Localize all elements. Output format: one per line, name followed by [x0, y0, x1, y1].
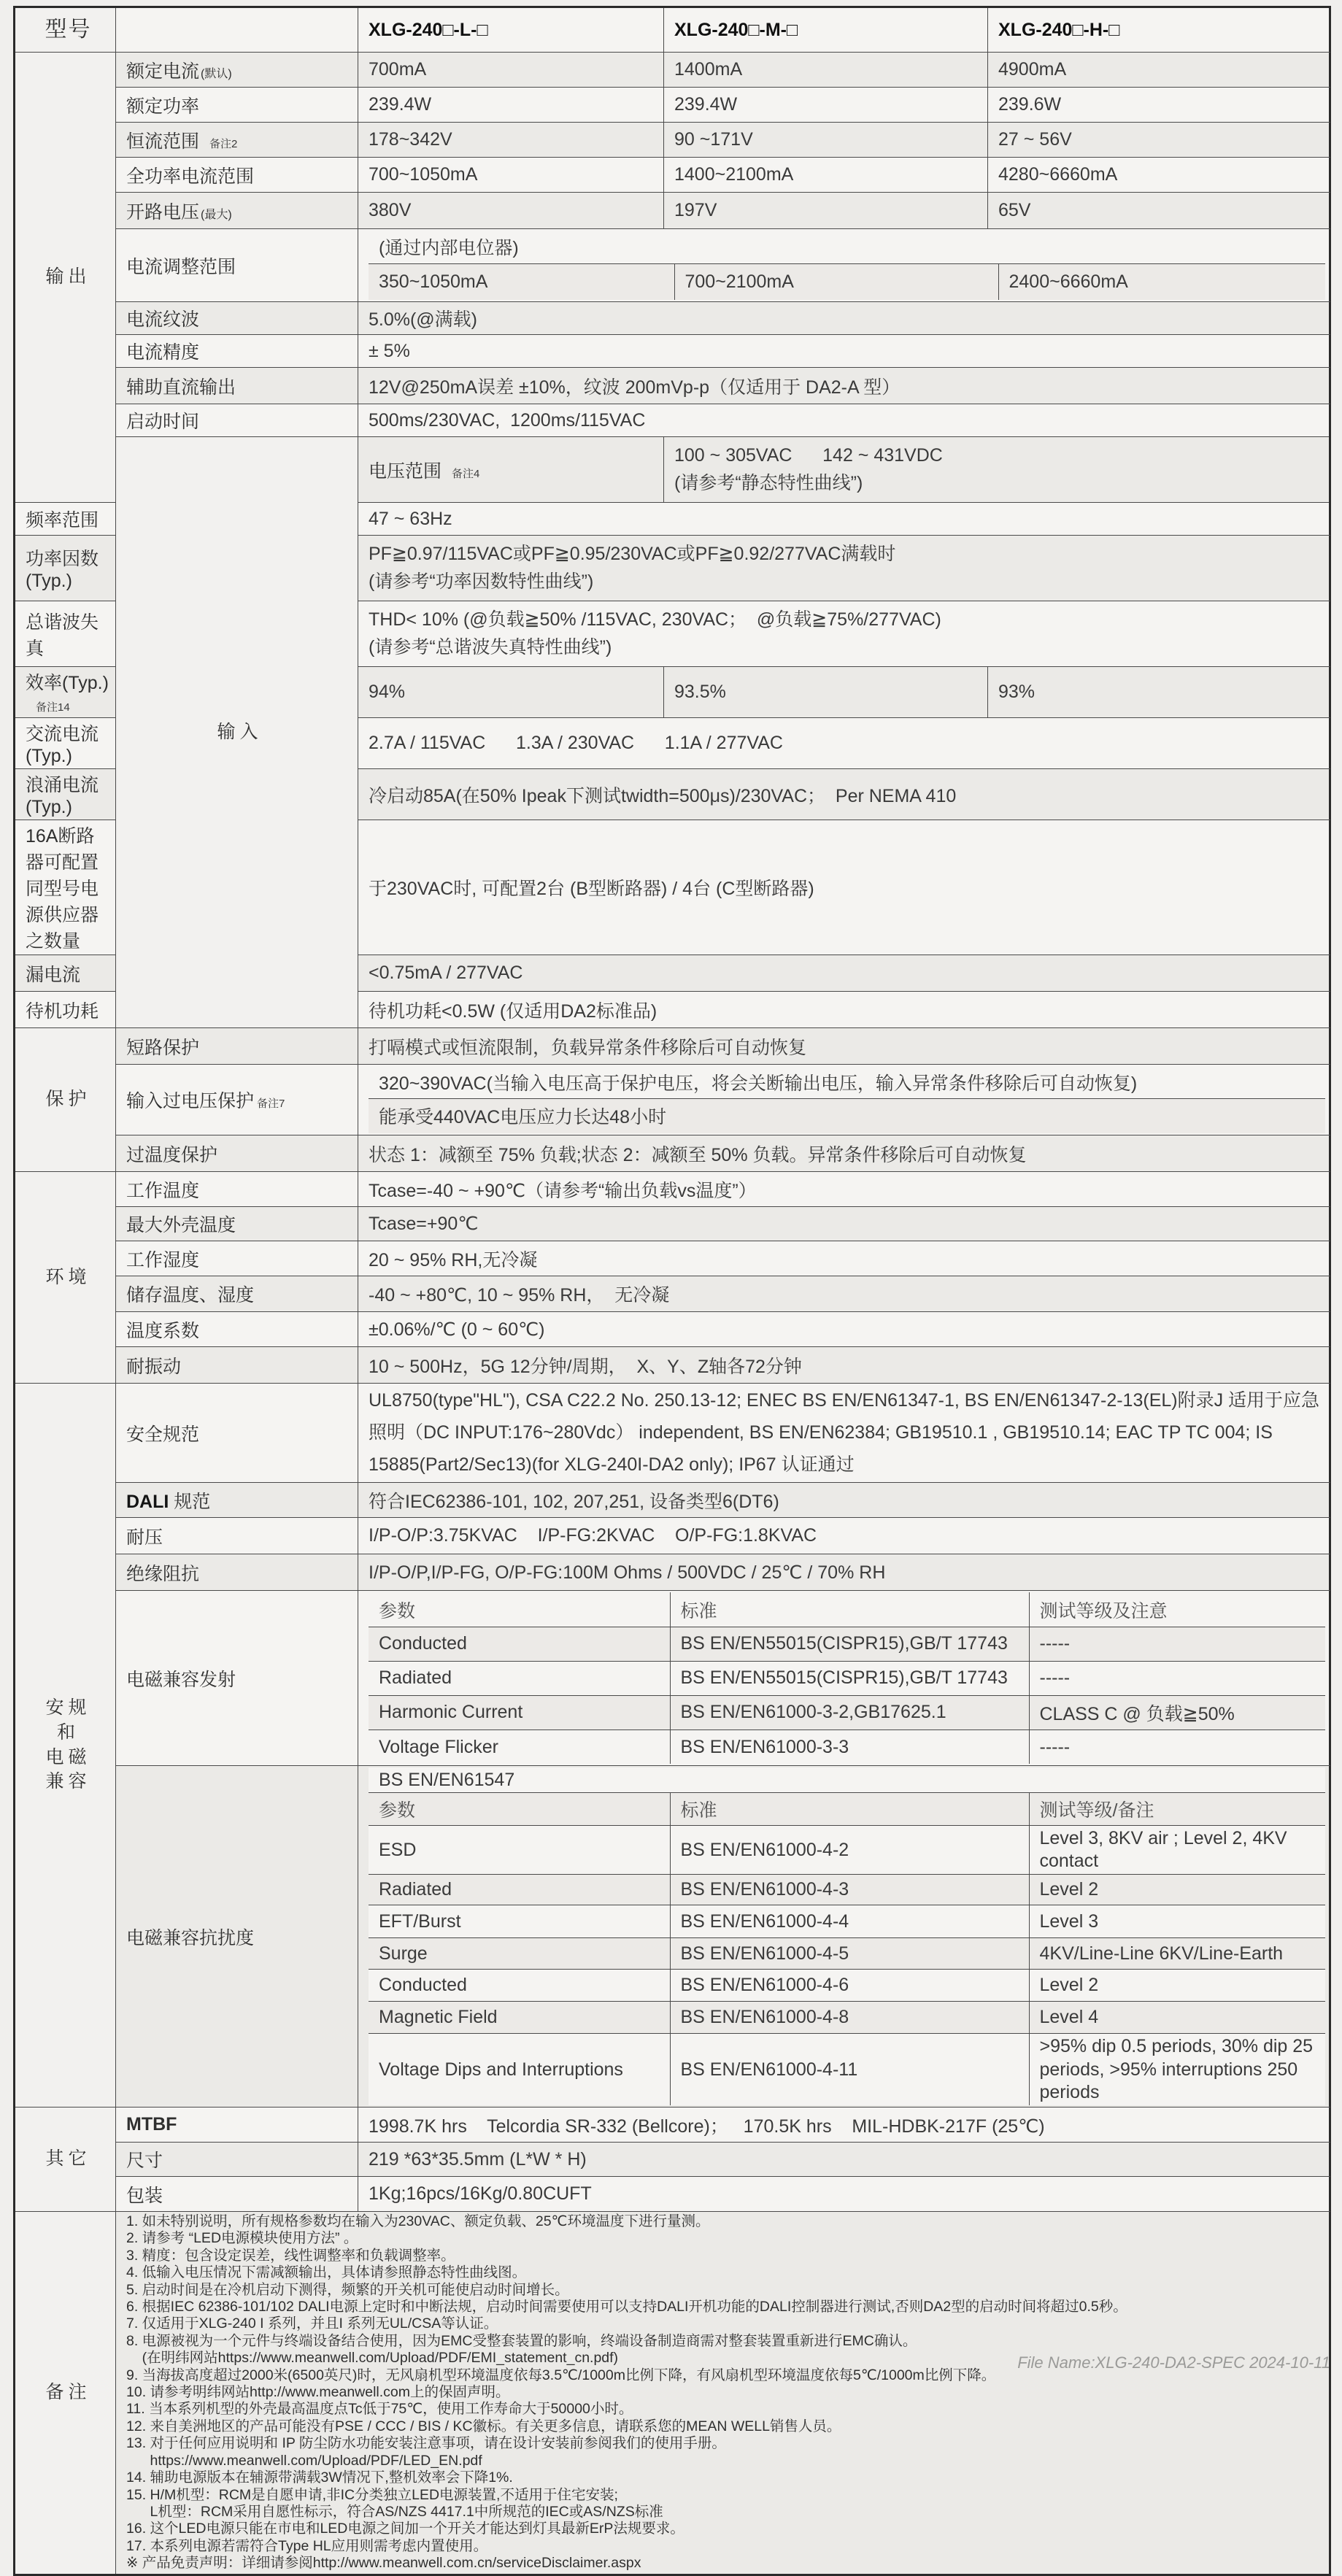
header-row: 型号 XLG-240□-L-□ XLG-240□-M-□ XLG-240□-H-… — [15, 7, 1330, 53]
param-cell: Conducted — [369, 1627, 670, 1661]
value-cell: <0.75mA / 277VAC — [358, 955, 1330, 992]
file-name-footer: File Name:XLG-240-DA2-SPEC 2024-10-11 — [1017, 2353, 1330, 2372]
value-cell: 能承受440VAC电压应力长达48小时 — [369, 1098, 1325, 1133]
param-cell: Magnetic Field — [369, 2002, 670, 2034]
value-cell: 状态 1：减额至 75% 负载;状态 2：减额至 50% 负载。异常条件移除后可… — [358, 1135, 1330, 1172]
value-cell: UL8750(type"HL"), CSA C22.2 No. 250.13-1… — [358, 1384, 1330, 1483]
value-cell: 待机功耗<0.5W (仅适用DA2标准品) — [358, 992, 1330, 1028]
note-line: 12. 来自美洲地区的产品可能没有PSE / CCC / BIS / KC徽标。… — [126, 2418, 1325, 2435]
value-cell: 4280~6660mA — [988, 158, 1330, 193]
row-note: 备注4 — [452, 468, 479, 480]
row-label: 待机功耗 — [15, 992, 116, 1028]
section-label-environment: 环境 — [15, 1172, 116, 1384]
spec-row: DALI 规范 符合IEC62386-101, 102, 207,251, 设备… — [15, 1483, 1330, 1518]
notes-cell: 1. 如未特别说明，所有规格参数均在输入为230VAC、额定负载、25℃环境温度… — [116, 2212, 1330, 2575]
note-line: 6. 根据IEC 62386-101/102 DALI电源上定时和中断法规，启动… — [126, 2299, 1325, 2315]
ovp-cell: 320~390VAC(当输入电压高于保护电压，将会关断输出电压，输入异常条件移除… — [358, 1065, 1330, 1135]
param-cell: ESD — [369, 1825, 670, 1875]
spec-row: 最大外壳温度 Tcase=+90℃ — [15, 1207, 1330, 1241]
row-label: 尺寸 — [116, 2143, 358, 2177]
standard-cell: BS EN/EN61000-4-2 — [670, 1825, 1029, 1875]
column-header: 标准 — [670, 1592, 1029, 1627]
row-label: 频率范围 — [15, 503, 116, 536]
row-label: 绝缘阻抗 — [116, 1554, 358, 1591]
section-label-output: 输出 — [15, 53, 116, 503]
spec-row: 电流纹波 5.0%(@满载) — [15, 302, 1330, 335]
level-cell: ----- — [1029, 1729, 1325, 1764]
value-cell: 178~342V — [358, 123, 664, 158]
row-label: 电压范围备注4 — [358, 437, 664, 503]
level-cell: Level 3 — [1029, 1905, 1325, 1938]
spec-row: 温度系数 ±0.06%/℃ (0 ~ 60℃) — [15, 1312, 1330, 1347]
notes-row: 备注 1. 如未特别说明，所有规格参数均在输入为230VAC、额定负载、25℃环… — [15, 2212, 1330, 2575]
value-cell: THD< 10% (@负载≧50% /115VAC, 230VAC； @负载≧7… — [358, 601, 1330, 667]
value-cell: 239.6W — [988, 88, 1330, 123]
value-cell: 65V — [988, 193, 1330, 229]
spec-table: 型号 XLG-240□-L-□ XLG-240□-M-□ XLG-240□-H-… — [13, 6, 1331, 2576]
note-line: 8. 电源被视为一个元件与终端设备结合使用，因为EMC受整套装置的影响，终端设备… — [126, 2333, 1325, 2350]
row-label: 电磁兼容发射 — [116, 1591, 358, 1766]
standard-cell: BS EN/EN61000-4-3 — [670, 1875, 1029, 1905]
level-cell: Level 3, 8KV air ; Level 2, 4KV contact — [1029, 1825, 1325, 1875]
value-cell: 打嗝模式或恒流限制，负载异常条件移除后可自动恢复 — [358, 1028, 1330, 1065]
standard-cell: BS EN/EN55015(CISPR15),GB/T 17743 — [670, 1627, 1029, 1661]
spec-row: 全功率电流范围 700~1050mA 1400~2100mA 4280~6660… — [15, 158, 1330, 193]
spec-row: 过温度保护 状态 1：减额至 75% 负载;状态 2：减额至 50% 负载。异常… — [15, 1135, 1330, 1172]
value-cell: 100 ~ 305VAC 142 ~ 431VDC(请参考“静态特性曲线”) — [664, 437, 1330, 503]
value-cell: 320~390VAC(当输入电压高于保护电压，将会关断输出电压，输入异常条件移除… — [369, 1066, 1325, 1098]
spec-row: 输出 额定电流(默认) 700mA 1400mA 4900mA — [15, 53, 1330, 88]
row-label: 电磁兼容抗扰度 — [116, 1766, 358, 2108]
empty-cell — [116, 7, 358, 53]
row-label: 漏电流 — [15, 955, 116, 992]
spec-row: 耐压 I/P-O/P:3.75KVAC I/P-FG:2KVAC O/P-FG:… — [15, 1518, 1330, 1554]
value-cell: 10 ~ 500Hz，5G 12分钟/周期， X、Y、Z轴各72分钟 — [358, 1347, 1330, 1384]
immunity-cell: BS EN/EN61547 参数 标准 测试等级/备注 ESD BS EN/EN… — [358, 1766, 1330, 2108]
ovp-subtable: 320~390VAC(当输入电压高于保护电压，将会关断输出电压，输入异常条件移除… — [369, 1066, 1325, 1133]
row-label: 过温度保护 — [116, 1135, 358, 1172]
level-cell: ----- — [1029, 1627, 1325, 1661]
level-cell: Level 2 — [1029, 1970, 1325, 2002]
row-label: 电流纹波 — [116, 302, 358, 335]
spec-sheet: 型号 XLG-240□-L-□ XLG-240□-M-□ XLG-240□-H-… — [13, 6, 1329, 2576]
spec-row: 输入过电压保护备注7 320~390VAC(当输入电压高于保护电压，将会关断输出… — [15, 1065, 1330, 1135]
column-header: 参数 — [369, 1592, 670, 1627]
row-label: 功率因数(Typ.) — [15, 536, 116, 601]
spec-row: 额定功率 239.4W 239.4W 239.6W — [15, 88, 1330, 123]
param-cell: Voltage Flicker — [369, 1729, 670, 1764]
row-label: 交流电流(Typ.) — [15, 718, 116, 769]
row-label: MTBF — [116, 2108, 358, 2143]
value-cell: 2.7A / 115VAC 1.3A / 230VAC 1.1A / 277VA… — [358, 718, 1330, 769]
param-cell: Radiated — [369, 1661, 670, 1695]
row-label: 电流精度 — [116, 335, 358, 368]
spec-row: 环境 工作温度 Tcase=-40 ~ +90℃（请参考“输出负载vs温度”） — [15, 1172, 1330, 1207]
note-line: 14. 辅助电源版本在辅源带满载3W情况下,整机效率会下降1%. — [126, 2469, 1325, 2486]
spec-row: 开路电压(最大) 380V 197V 65V — [15, 193, 1330, 229]
spec-row: 绝缘阻抗 I/P-O/P,I/P-FG, O/P-FG:100M Ohms / … — [15, 1554, 1330, 1591]
value-cell: 197V — [664, 193, 988, 229]
standard-cell: BS EN/EN55015(CISPR15),GB/T 17743 — [670, 1661, 1029, 1695]
value-cell: 1998.7K hrs Telcordia SR-332 (Bellcore)；… — [358, 2108, 1330, 2143]
param-cell: Surge — [369, 1938, 670, 1970]
spec-row: 电流调整范围 (通过内部电位器) 350~1050mA 700~2100mA 2… — [15, 229, 1330, 302]
spec-row: 电磁兼容抗扰度 BS EN/EN61547 参数 标准 测试等级/备注 ESD … — [15, 1766, 1330, 2108]
row-label: 启动时间 — [116, 404, 358, 437]
value-cell: 47 ~ 63Hz — [358, 503, 1330, 536]
level-cell: CLASS C @ 负载≧50% — [1029, 1695, 1325, 1729]
row-label: 短路保护 — [116, 1028, 358, 1065]
standard-cell: BS EN/EN61000-4-6 — [670, 1970, 1029, 2002]
note-line: L机型：RCM采用自愿性标示，符合AS/NZS 4417.1中所规范的IEC或A… — [126, 2504, 1325, 2521]
immunity-standard-header: BS EN/EN61547 — [369, 1767, 1325, 1792]
value-cell: 2400~6660mA — [998, 263, 1325, 300]
value-cell: 239.4W — [358, 88, 664, 123]
row-label: 最大外壳温度 — [116, 1207, 358, 1241]
row-label: 额定电流(默认) — [116, 53, 358, 88]
row-label: 耐振动 — [116, 1347, 358, 1384]
standard-cell: BS EN/EN61000-4-11 — [670, 2034, 1029, 2105]
value-cell: 于230VAC时, 可配置2台 (B型断路器) / 4台 (C型断路器) — [358, 820, 1330, 955]
level-cell: 4KV/Line-Line 6KV/Line-Earth — [1029, 1938, 1325, 1970]
note-line: 13. 对于任何应用说明和 IP 防尘防水功能安装注意事项，请在设计安装前参阅我… — [126, 2435, 1325, 2452]
value-cell: -40 ~ +80℃, 10 ~ 95% RH， 无冷凝 — [358, 1276, 1330, 1312]
emission-cell: 参数 标准 测试等级及注意 Conducted BS EN/EN55015(CI… — [358, 1591, 1330, 1766]
row-label: 全功率电流范围 — [116, 158, 358, 193]
spec-row: 耐振动 10 ~ 500Hz，5G 12分钟/周期， X、Y、Z轴各72分钟 — [15, 1347, 1330, 1384]
column-header: 标准 — [670, 1792, 1029, 1825]
section-label-input: 输入 — [116, 437, 358, 1028]
value-cell: 符合IEC62386-101, 102, 207,251, 设备类型6(DT6) — [358, 1483, 1330, 1518]
value-cell: 4900mA — [988, 53, 1330, 88]
value-cell: I/P-O/P:3.75KVAC I/P-FG:2KVAC O/P-FG:1.8… — [358, 1518, 1330, 1554]
standard-cell: BS EN/EN61000-3-3 — [670, 1729, 1029, 1764]
standard-cell: BS EN/EN61000-3-2,GB17625.1 — [670, 1695, 1029, 1729]
note-line: 1. 如未特别说明，所有规格参数均在输入为230VAC、额定负载、25℃环境温度… — [126, 2213, 1325, 2230]
spec-row: 工作湿度 20 ~ 95% RH,无冷凝 — [15, 1241, 1330, 1276]
model-name-l: XLG-240□-L-□ — [358, 7, 664, 53]
value-cell: 700~1050mA — [358, 158, 664, 193]
spec-row: 包装 1Kg;16pcs/16Kg/0.80CUFT — [15, 2177, 1330, 2212]
value-cell: 93.5% — [664, 667, 988, 718]
spec-row: 储存温度、湿度 -40 ~ +80℃, 10 ~ 95% RH， 无冷凝 — [15, 1276, 1330, 1312]
row-label: 工作温度 — [116, 1172, 358, 1207]
value-cell: 380V — [358, 193, 664, 229]
current-adjust-subtable: (通过内部电位器) 350~1050mA 700~2100mA 2400~666… — [369, 231, 1325, 300]
note-line: 4. 低输入电压情况下需减额输出，具体请参照静态特性曲线图。 — [126, 2264, 1325, 2281]
page: { "hdr": { "model_label": "型号", "models"… — [0, 0, 1342, 2407]
column-header: 测试等级及注意 — [1029, 1592, 1325, 1627]
spec-row: 安规和电磁兼容 安全规范 UL8750(type"HL"), CSA C22.2… — [15, 1384, 1330, 1483]
param-cell: Conducted — [369, 1970, 670, 2002]
row-label: 总谐波失真 — [15, 601, 116, 667]
row-label: 恒流范围备注2 — [116, 123, 358, 158]
row-label: 包装 — [116, 2177, 358, 2212]
section-label-others: 其它 — [15, 2108, 116, 2212]
note-line: ※ 产品免责声明：详细请参阅http://www.meanwell.com.cn… — [126, 2555, 1325, 2572]
value-cell: PF≧0.97/115VAC或PF≧0.95/230VAC或PF≧0.92/27… — [358, 536, 1330, 601]
value-cell: 27 ~ 56V — [988, 123, 1330, 158]
row-label: 额定功率 — [116, 88, 358, 123]
note-line: 15. H/M机型：RCM是自愿申请,非IC分类独立LED电源装置,不适用于住宅… — [126, 2487, 1325, 2504]
value-cell: 1400mA — [664, 53, 988, 88]
row-note: 备注2 — [209, 138, 237, 150]
row-label: 辅助直流输出 — [116, 368, 358, 404]
spec-row: 电流精度 ± 5% — [15, 335, 1330, 368]
spec-row: 电磁兼容发射 参数 标准 测试等级及注意 Conducted BS EN/EN5… — [15, 1591, 1330, 1766]
standard-cell: BS EN/EN61000-4-8 — [670, 2002, 1029, 2034]
row-note: 备注7 — [257, 1098, 285, 1110]
level-cell: Level 4 — [1029, 2002, 1325, 2034]
value-cell: 700mA — [358, 53, 664, 88]
value-cell: ±0.06%/℃ (0 ~ 60℃) — [358, 1312, 1330, 1347]
note-line: 2. 请参考 “LED电源模块使用方法” 。 — [126, 2230, 1325, 2247]
row-label: 安全规范 — [116, 1384, 358, 1483]
standard-cell: BS EN/EN61000-4-4 — [670, 1905, 1029, 1938]
param-cell: Radiated — [369, 1875, 670, 1905]
note-line: 16. 这个LED电源只能在市电和LED电源之间加一个开关才能达到灯具最新ErP… — [126, 2521, 1325, 2537]
row-label: 储存温度、湿度 — [116, 1276, 358, 1312]
row-label: 开路电压(最大) — [116, 193, 358, 229]
row-note: 备注14 — [36, 701, 70, 714]
note-line: 11. 当本系列机型的外壳最高温度点Tc低于75℃，使用工作寿命大于50000小… — [126, 2401, 1325, 2418]
spec-row: 输入 电压范围备注4 100 ~ 305VAC 142 ~ 431VDC(请参考… — [15, 437, 1330, 503]
note-line: 5. 启动时间是在冷机启动下测得，频繁的开关机可能使启动时间增长。 — [126, 2282, 1325, 2299]
value-cell: 93% — [988, 667, 1330, 718]
row-label: 16A断路器可配置同型号电源供应器之数量 — [15, 820, 116, 955]
emission-subtable: 参数 标准 测试等级及注意 Conducted BS EN/EN55015(CI… — [369, 1592, 1325, 1764]
param-cell: Harmonic Current — [369, 1695, 670, 1729]
row-note: (最大) — [201, 209, 232, 221]
model-name-m: XLG-240□-M-□ — [664, 7, 988, 53]
value-cell: 1400~2100mA — [664, 158, 988, 193]
column-header: 测试等级/备注 — [1029, 1792, 1325, 1825]
row-label: 工作湿度 — [116, 1241, 358, 1276]
standard-cell: BS EN/EN61000-4-5 — [670, 1938, 1029, 1970]
value-cell: 219 *63*35.5mm (L*W * H) — [358, 2143, 1330, 2177]
value-cell: (通过内部电位器) — [369, 231, 1325, 263]
section-label-protection: 保护 — [15, 1028, 116, 1172]
note-line: 7. 仅适用于XLG-240 I 系列，并且I 系列无UL/CSA等认证。 — [126, 2315, 1325, 2332]
value-cell: 冷启动85A(在50% Ipeak下测试twidth=500μs)/230VAC… — [358, 769, 1330, 820]
column-header: 参数 — [369, 1792, 670, 1825]
spec-row: 其它 MTBF 1998.7K hrs Telcordia SR-332 (Be… — [15, 2108, 1330, 2143]
spec-row: 保护 短路保护 打嗝模式或恒流限制，负载异常条件移除后可自动恢复 — [15, 1028, 1330, 1065]
value-cell: ± 5% — [358, 335, 1330, 368]
value-cell: 20 ~ 95% RH,无冷凝 — [358, 1241, 1330, 1276]
level-cell: ----- — [1029, 1661, 1325, 1695]
row-note: (默认) — [201, 68, 232, 80]
note-line: 3. 精度：包含设定误差，线性调整率和负载调整率。 — [126, 2248, 1325, 2264]
value-cell: 700~2100mA — [674, 263, 998, 300]
param-cell: EFT/Burst — [369, 1905, 670, 1938]
value-cell: 94% — [358, 667, 664, 718]
row-label: 浪涌电流(Typ.) — [15, 769, 116, 820]
row-label: 耐压 — [116, 1518, 358, 1554]
value-cell: 90 ~171V — [664, 123, 988, 158]
note-line: 17. 本系列电源若需符合Type HL应用则需考虑内置使用。 — [126, 2538, 1325, 2555]
current-adjust-cell: (通过内部电位器) 350~1050mA 700~2100mA 2400~666… — [358, 229, 1330, 302]
row-label: 效率(Typ.)备注14 — [15, 667, 116, 718]
spec-row: 辅助直流输出 12V@250mA误差 ±10%，纹波 200mVp-p（仅适用于… — [15, 368, 1330, 404]
section-label-notes: 备注 — [15, 2212, 116, 2575]
row-label: DALI 规范 — [116, 1483, 358, 1518]
row-label: 电流调整范围 — [116, 229, 358, 302]
value-cell: 500ms/230VAC, 1200ms/115VAC — [358, 404, 1330, 437]
level-cell: Level 2 — [1029, 1875, 1325, 1905]
value-cell: 5.0%(@满载) — [358, 302, 1330, 335]
model-name-h: XLG-240□-H-□ — [988, 7, 1330, 53]
section-label-safety-emc: 安规和电磁兼容 — [15, 1384, 116, 2108]
immunity-subtable: BS EN/EN61547 参数 标准 测试等级/备注 ESD BS EN/EN… — [369, 1767, 1325, 2105]
row-label: 输入过电压保护备注7 — [116, 1065, 358, 1135]
note-line: https://www.meanwell.com/Upload/PDF/LED_… — [126, 2453, 1325, 2469]
value-cell: Tcase=-40 ~ +90℃（请参考“输出负载vs温度”） — [358, 1172, 1330, 1207]
param-cell: Voltage Dips and Interruptions — [369, 2034, 670, 2105]
value-cell: 350~1050mA — [369, 263, 674, 300]
value-cell: 1Kg;16pcs/16Kg/0.80CUFT — [358, 2177, 1330, 2212]
spec-row: 恒流范围备注2 178~342V 90 ~171V 27 ~ 56V — [15, 123, 1330, 158]
value-cell: Tcase=+90℃ — [358, 1207, 1330, 1241]
model-header-label: 型号 — [15, 7, 116, 53]
value-cell: I/P-O/P,I/P-FG, O/P-FG:100M Ohms / 500VD… — [358, 1554, 1330, 1591]
value-cell: 12V@250mA误差 ±10%，纹波 200mVp-p（仅适用于 DA2-A … — [358, 368, 1330, 404]
level-cell: >95% dip 0.5 periods, 30% dip 25 periods… — [1029, 2034, 1325, 2105]
spec-row: 启动时间 500ms/230VAC, 1200ms/115VAC — [15, 404, 1330, 437]
row-label: 温度系数 — [116, 1312, 358, 1347]
note-line: 10. 请参考明纬网站http://www.meanwell.com上的保固声明… — [126, 2384, 1325, 2401]
spec-row: 尺寸 219 *63*35.5mm (L*W * H) — [15, 2143, 1330, 2177]
value-cell: 239.4W — [664, 88, 988, 123]
